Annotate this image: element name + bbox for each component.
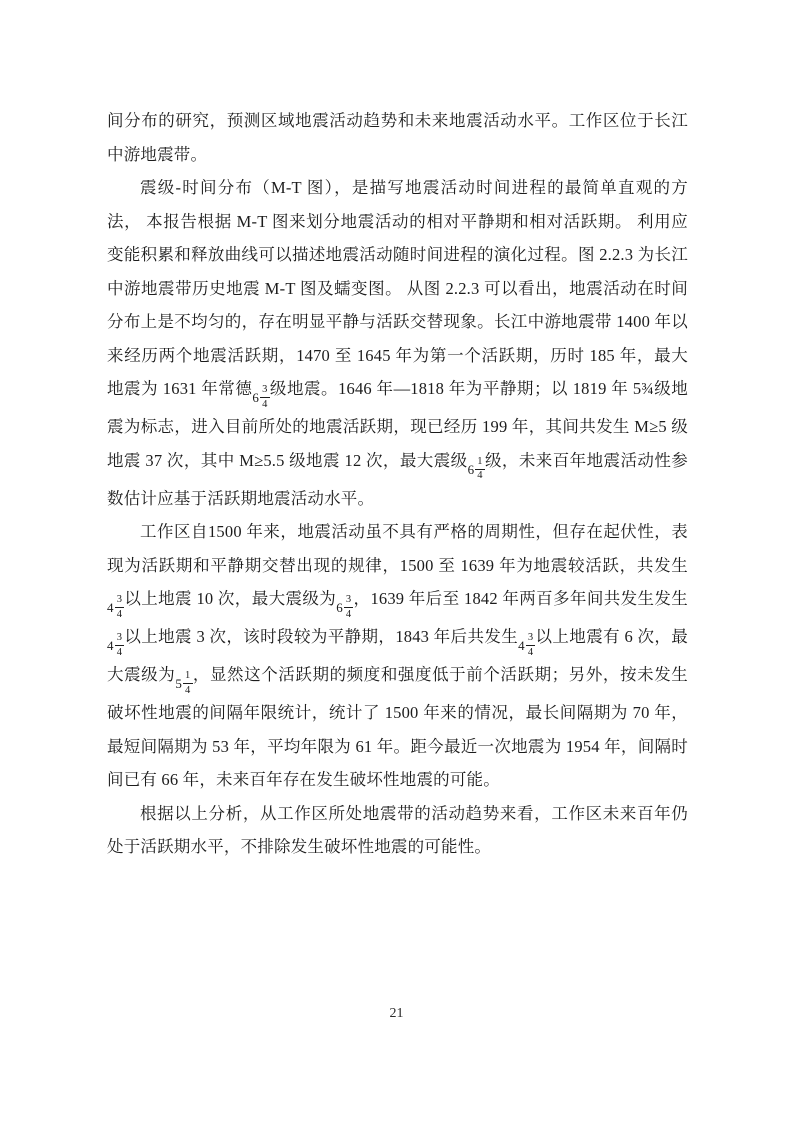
magnitude-fraction: 434	[107, 595, 124, 620]
page-footer: 21	[0, 1004, 793, 1024]
magnitude-fraction: 434	[107, 633, 124, 658]
page-body: 间分布的研究，预测区域地震活动趋势和未来地震活动水平。工作区位于长江中游地震带。…	[107, 104, 688, 864]
magnitude-fraction: 614	[468, 457, 485, 482]
paragraph: 工作区自1500 年来，地震活动虽不具有严格的周期性，但存在起伏性，表现为活跃期…	[107, 515, 688, 797]
magnitude-fraction: 634	[336, 595, 353, 620]
magnitude-fraction: 434	[518, 633, 535, 658]
magnitude-fraction: 634	[252, 385, 269, 410]
paragraph: 间分布的研究，预测区域地震活动趋势和未来地震活动水平。工作区位于长江中游地震带。	[107, 104, 688, 171]
document-page: 间分布的研究，预测区域地震活动趋势和未来地震活动水平。工作区位于长江中游地震带。…	[0, 0, 793, 1122]
page-number: 21	[390, 1006, 404, 1021]
paragraph: 震级-时间分布（M-T 图），是描写地震活动时间进程的最简单直观的方法， 本报告…	[107, 171, 688, 515]
magnitude-fraction: 514	[175, 671, 192, 696]
paragraph: 根据以上分析，从工作区所处地震带的活动趋势来看，工作区未来百年仍处于活跃期水平，…	[107, 797, 688, 864]
